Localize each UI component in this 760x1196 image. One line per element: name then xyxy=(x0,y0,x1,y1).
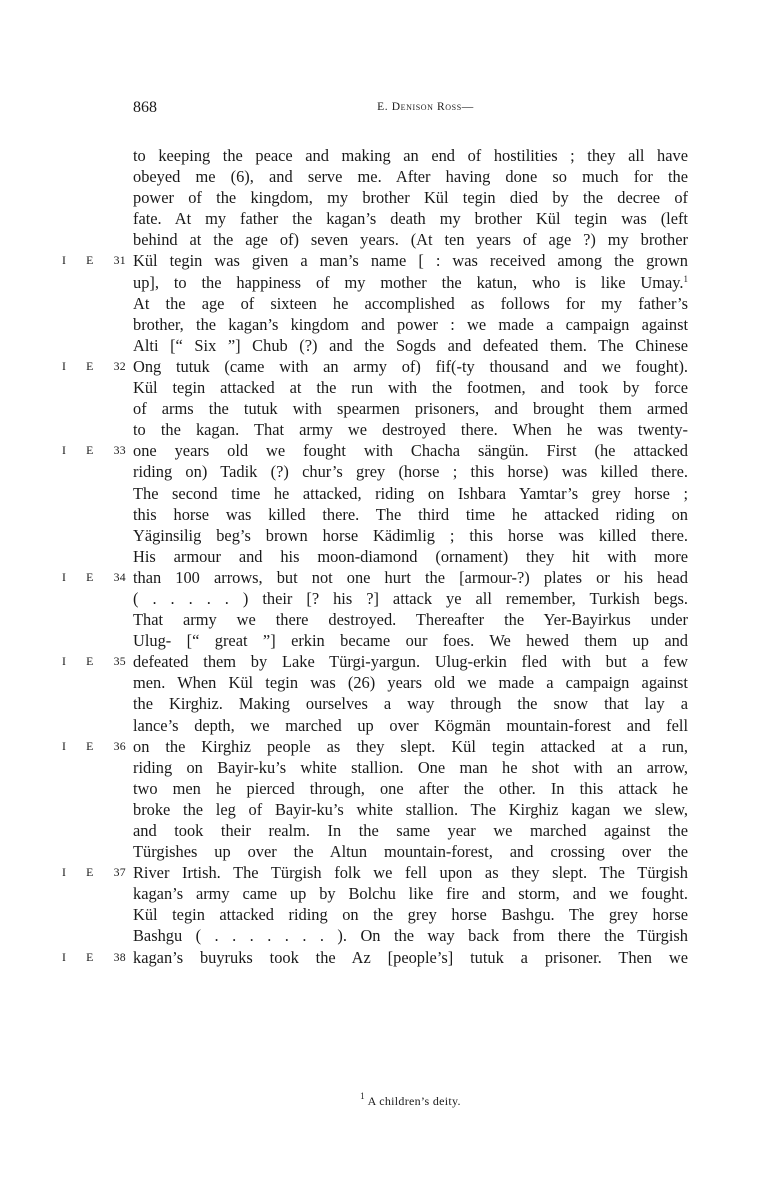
footnote-marker: 1 xyxy=(360,1091,365,1101)
text-line: brother, the kagan’s kingdom and power :… xyxy=(133,314,688,335)
line-text: Bashgu ( . . . . . . . ). On the way bac… xyxy=(133,925,688,946)
body-text: to keeping the peace and making an end o… xyxy=(133,145,688,968)
line-text: At the age of sixteen he accomplished as… xyxy=(133,293,688,314)
text-line: At the age of sixteen he accomplished as… xyxy=(133,293,688,314)
line-text: than 100 arrows, but not one hurt the [a… xyxy=(133,567,688,588)
text-line: I E 32Ong tutuk (came with an army of) f… xyxy=(133,356,688,377)
text-line: I E 33one years old we fought with Chach… xyxy=(133,440,688,461)
text-line: men. When Kül tegin was (26) years old w… xyxy=(133,672,688,693)
line-text: Kül tegin attacked riding on the grey ho… xyxy=(133,904,688,925)
line-text: Türgishes up over the Altun mountain-for… xyxy=(133,841,688,862)
text-line: I E 31Kül tegin was given a man’s name [… xyxy=(133,250,688,271)
text-line: the Kirghiz. Making ourselves a way thro… xyxy=(133,693,688,714)
line-text: broke the leg of Bayir-ku’s white stalli… xyxy=(133,799,688,820)
text-line: Alti [“ Six ”] Chub (?) and the Sogds an… xyxy=(133,335,688,356)
line-text: on the Kirghiz people as they slept. Kül… xyxy=(133,736,688,757)
text-line: this horse was killed there. The third t… xyxy=(133,504,688,525)
footnote-marker: 1 xyxy=(684,274,689,284)
text-line: Yäginsilig beg’s brown horse Kädimlig ; … xyxy=(133,525,688,546)
text-line: Bashgu ( . . . . . . . ). On the way bac… xyxy=(133,925,688,946)
text-line: His armour and his moon-diamond (ornamen… xyxy=(133,546,688,567)
line-text: Alti [“ Six ”] Chub (?) and the Sogds an… xyxy=(133,335,688,356)
line-text: of arms the tutuk with spearmen prisoner… xyxy=(133,398,688,419)
line-text: Ong tutuk (came with an army of) fif(-ty… xyxy=(133,356,688,377)
inscription-line-reference: I E 34 xyxy=(62,567,126,588)
line-text: brother, the kagan’s kingdom and power :… xyxy=(133,314,688,335)
text-line: Kül tegin attacked at the run with the f… xyxy=(133,377,688,398)
inscription-line-reference: I E 32 xyxy=(62,356,126,377)
line-text: The second time he attacked, riding on I… xyxy=(133,483,688,504)
inscription-line-reference: I E 36 xyxy=(62,736,126,757)
line-text: ( . . . . . ) their [? his ?] attack ye … xyxy=(133,588,688,609)
text-line: broke the leg of Bayir-ku’s white stalli… xyxy=(133,799,688,820)
line-text: the Kirghiz. Making ourselves a way thro… xyxy=(133,693,688,714)
line-text: up], to the happiness of my mother the k… xyxy=(133,272,688,293)
line-text: obeyed me (6), and serve me. After havin… xyxy=(133,166,688,187)
line-text: lance’s depth, we marched up over Kögmän… xyxy=(133,715,688,736)
line-text: riding on) Tadik (?) chur’s grey (horse … xyxy=(133,461,688,482)
line-text: defeated them by Lake Türgi-yargun. Ulug… xyxy=(133,651,688,672)
line-text: men. When Kül tegin was (26) years old w… xyxy=(133,672,688,693)
line-text: behind at the age of) seven years. (At t… xyxy=(133,229,688,250)
text-line: to keeping the peace and making an end o… xyxy=(133,145,688,166)
text-line: I E 38kagan’s buyruks took the Az [peopl… xyxy=(133,947,688,968)
text-line: two men he pierced through, one after th… xyxy=(133,778,688,799)
text-line: Türgishes up over the Altun mountain-for… xyxy=(133,841,688,862)
text-line: Ulug- [“ great ”] erkin became our foes.… xyxy=(133,630,688,651)
line-text: kagan’s buyruks took the Az [people’s] t… xyxy=(133,947,688,968)
text-line: I E 37River Irtish. The Türgish folk we … xyxy=(133,862,688,883)
text-line: The second time he attacked, riding on I… xyxy=(133,483,688,504)
line-text: That army we there destroyed. Thereafter… xyxy=(133,609,688,630)
line-text: His armour and his moon-diamond (ornamen… xyxy=(133,546,688,567)
line-text: to the kagan. That army we destroyed the… xyxy=(133,419,688,440)
text-line: lance’s depth, we marched up over Kögmän… xyxy=(133,715,688,736)
text-line: I E 36on the Kirghiz people as they slep… xyxy=(133,736,688,757)
text-line: ( . . . . . ) their [? his ?] attack ye … xyxy=(133,588,688,609)
text-line: I E 35defeated them by Lake Türgi-yargun… xyxy=(133,651,688,672)
text-line: to the kagan. That army we destroyed the… xyxy=(133,419,688,440)
text-line: riding on Bayir-ku’s white stallion. One… xyxy=(133,757,688,778)
text-line: and took their realm. In the same year w… xyxy=(133,820,688,841)
line-text: power of the kingdom, my brother Kül teg… xyxy=(133,187,688,208)
text-line: behind at the age of) seven years. (At t… xyxy=(133,229,688,250)
footnote: 1 A children’s deity. xyxy=(133,1094,688,1109)
text-line: obeyed me (6), and serve me. After havin… xyxy=(133,166,688,187)
line-text: Ulug- [“ great ”] erkin became our foes.… xyxy=(133,630,688,651)
text-line: I E 34than 100 arrows, but not one hurt … xyxy=(133,567,688,588)
inscription-line-reference: I E 35 xyxy=(62,651,126,672)
line-text: Yäginsilig beg’s brown horse Kädimlig ; … xyxy=(133,525,688,546)
line-text: to keeping the peace and making an end o… xyxy=(133,145,688,166)
text-line: fate. At my father the kagan’s death my … xyxy=(133,208,688,229)
text-line: power of the kingdom, my brother Kül teg… xyxy=(133,187,688,208)
line-text: Kül tegin was given a man’s name [ : was… xyxy=(133,250,688,271)
line-text: this horse was killed there. The third t… xyxy=(133,504,688,525)
line-text: one years old we fought with Chacha säng… xyxy=(133,440,688,461)
page-header: 868 E. Denison Ross— xyxy=(133,99,688,121)
text-line: kagan’s army came up by Bolchu like fire… xyxy=(133,883,688,904)
line-text: kagan’s army came up by Bolchu like fire… xyxy=(133,883,688,904)
inscription-line-reference: I E 38 xyxy=(62,947,126,968)
line-text: River Irtish. The Türgish folk we fell u… xyxy=(133,862,688,883)
line-text: Kül tegin attacked at the run with the f… xyxy=(133,377,688,398)
inscription-line-reference: I E 33 xyxy=(62,440,126,461)
text-line: riding on) Tadik (?) chur’s grey (horse … xyxy=(133,461,688,482)
text-line: of arms the tutuk with spearmen prisoner… xyxy=(133,398,688,419)
running-head: E. Denison Ross— xyxy=(133,101,688,113)
inscription-line-reference: I E 31 xyxy=(62,250,126,271)
text-line: That army we there destroyed. Thereafter… xyxy=(133,609,688,630)
line-text: fate. At my father the kagan’s death my … xyxy=(133,208,688,229)
line-text: two men he pierced through, one after th… xyxy=(133,778,688,799)
line-text: and took their realm. In the same year w… xyxy=(133,820,688,841)
text-line: up], to the happiness of my mother the k… xyxy=(133,272,688,293)
inscription-line-reference: I E 37 xyxy=(62,862,126,883)
text-line: Kül tegin attacked riding on the grey ho… xyxy=(133,904,688,925)
line-text: riding on Bayir-ku’s white stallion. One… xyxy=(133,757,688,778)
